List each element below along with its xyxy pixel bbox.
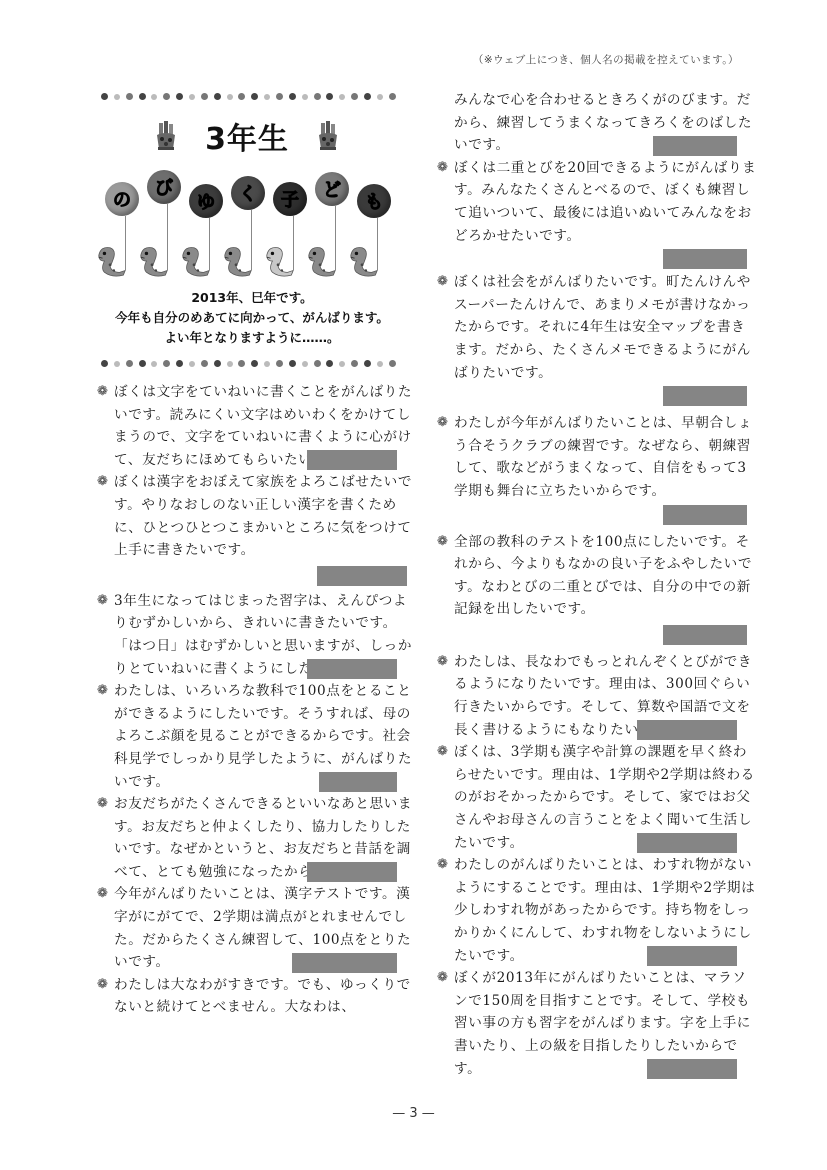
student-entry-continued: みんなで心を合わせるときろくがのびます。だから、練習してうまくなってきろくをのば… [437, 89, 757, 157]
web-notice: （※ウェブ上につき、個人名の掲載を控えています。） [473, 52, 739, 67]
flower-bullet-icon: ❁ [97, 381, 109, 404]
flower-bullet-icon: ❁ [97, 793, 109, 816]
dot-divider-top [101, 93, 396, 100]
balloon-letter: ど [315, 172, 349, 206]
student-entry: ❁ 今年がんばりたいことは、漢字テストです。漢字がにがてで、2学期は満点がとれま… [97, 883, 417, 973]
balloon-with-snake: ど [311, 168, 351, 278]
flower-bullet-icon: ❁ [437, 412, 449, 435]
redacted-name [319, 772, 397, 792]
intro-message: 2013年、巳年です。 今年も自分のめあてに向かって、がんばります。 よい年とな… [97, 288, 407, 348]
entry-text: 全部の教科のテストを100点にしたいです。それから、今よりもなかの良い子をふやし… [437, 531, 757, 621]
student-entry: ❁ ぼくが2013年にがんばりたいことは、マラソンで150周を目指すことです。そ… [437, 967, 757, 1080]
flower-bullet-icon: ❁ [437, 531, 449, 554]
balloon-letter: の [105, 182, 139, 216]
page-number: — 3 — [0, 1106, 827, 1121]
snake-icon [305, 244, 339, 278]
flower-bullet-icon: ❁ [437, 157, 449, 180]
left-column: 3年生 のびゆく子ども 2013年、巳年です。 今年も自分のめあてに向かって、が… [97, 0, 417, 1019]
right-column: みんなで心を合わせるときろくがのびます。だから、練習してうまくなってきろくをのば… [437, 89, 757, 1080]
balloon-with-snake: 子 [269, 168, 309, 278]
redacted-name [307, 862, 397, 882]
flower-bullet-icon: ❁ [97, 590, 109, 613]
student-entry: ❁ ぼくは、3学期も漢字や計算の課題を早く終わらせたいです。理由は、1学期や2学… [437, 741, 757, 854]
flower-bullet-icon: ❁ [437, 854, 449, 877]
student-entry: ❁ ぼくは漢字をおぼえて家族をよろこばせたいです。やりなおしのない正しい漢字を書… [97, 471, 417, 585]
balloon-letter: 子 [273, 182, 307, 216]
snake-icon [179, 244, 213, 278]
flower-bullet-icon: ❁ [97, 680, 109, 703]
balloon-letter: も [357, 184, 391, 218]
student-entry: ❁ 3年生になってはじまった習字は、えんぴつよりむずかしいから、きれいに書きたい… [97, 590, 417, 680]
redacted-name [637, 833, 737, 853]
student-entry: ❁ ぼくは文字をていねいに書くことをがんばりたいです。読みにくい文字はめいわくを… [97, 381, 417, 471]
redacted-name [663, 249, 747, 269]
student-entry: ❁ わたしは大なわがすきです。でも、ゆっくりでないと続けてとべません。大なわは、 [97, 974, 417, 1019]
student-entry: ❁ わたしは、いろいろな教科で100点をとることができるようにしたいです。そうす… [97, 680, 417, 793]
redacted-name [292, 953, 397, 973]
student-entry: ❁ ぼくは社会をがんばりたいです。町たんけんやスーパーたんけんで、あまりメモが書… [437, 271, 757, 406]
entry-text: わたしが今年がんばりたいことは、早朝合しょう合そうクラブの練習です。なぜなら、朝… [437, 412, 757, 502]
flower-bullet-icon: ❁ [97, 974, 109, 997]
redacted-name [307, 659, 397, 679]
student-entry: ❁ わたしが今年がんばりたいことは、早朝合しょう合そうクラブの練習です。なぜなら… [437, 412, 757, 524]
student-entry: ❁ 全部の教科のテストを100点にしたいです。それから、今よりもなかの良い子をふ… [437, 531, 757, 645]
flower-bullet-icon: ❁ [437, 741, 449, 764]
dot-divider-bottom [101, 360, 396, 367]
student-entry: ❁ ぼくは二重とびを20回できるようにがんばります。みんなたくさんとべるので、ぼ… [437, 157, 757, 269]
redacted-name [637, 720, 737, 740]
snake-icon [137, 244, 171, 278]
balloon-with-snake: の [101, 168, 141, 278]
kadomatsu-icon [317, 121, 339, 151]
intro-line: よい年となりますように……。 [97, 328, 407, 348]
page-title: 3年生 [205, 114, 289, 158]
flower-bullet-icon: ❁ [437, 967, 449, 990]
left-entries: ❁ ぼくは文字をていねいに書くことをがんばりたいです。読みにくい文字はめいわくを… [97, 381, 417, 1019]
redacted-name [663, 386, 747, 406]
balloon-with-snake: び [143, 168, 183, 278]
redacted-name [647, 946, 737, 966]
redacted-name [317, 566, 407, 586]
snake-icon [221, 244, 255, 278]
student-entry: ❁ わたしのがんばりたいことは、わすれ物がないようにすることです。理由は、1学期… [437, 854, 757, 967]
kadomatsu-icon [155, 121, 177, 151]
snake-icon [263, 244, 297, 278]
balloon-with-snake: く [227, 168, 267, 278]
student-entry: ❁ お友だちがたくさんできるといいなあと思います。お友だちと仲よくしたり、協力し… [97, 793, 417, 883]
flower-bullet-icon: ❁ [97, 883, 109, 906]
entry-text: ぼくは社会をがんばりたいです。町たんけんやスーパーたんけんで、あまりメモが書けな… [437, 271, 757, 384]
intro-line: 2013年、巳年です。 [97, 288, 407, 308]
redacted-name [307, 450, 397, 470]
flower-bullet-icon: ❁ [437, 651, 449, 674]
balloon-banner: のびゆく子ども [97, 168, 407, 278]
redacted-name [647, 1059, 737, 1079]
entry-text: わたしは大なわがすきです。でも、ゆっくりでないと続けてとべません。大なわは、 [97, 974, 417, 1019]
balloon-with-snake: ゆ [185, 168, 225, 278]
redacted-name [663, 625, 747, 645]
entry-text: ぼくは二重とびを20回できるようにがんばります。みんなたくさんとべるので、ぼくも… [437, 157, 757, 247]
snake-icon [347, 244, 381, 278]
flower-bullet-icon: ❁ [97, 471, 109, 494]
balloon-letter: ゆ [189, 184, 223, 218]
flower-bullet-icon: ❁ [437, 271, 449, 294]
intro-line: 今年も自分のめあてに向かって、がんばります。 [97, 308, 407, 328]
student-entry: ❁ わたしは、長なわでもっとれんぞくとびができるようになりたいです。理由は、30… [437, 651, 757, 741]
snake-icon [95, 244, 129, 278]
balloon-letter: く [231, 176, 265, 210]
redacted-name [663, 505, 747, 525]
entry-text: ぼくは漢字をおぼえて家族をよろこばせたいです。やりなおしのない正しい漢字を書くた… [97, 471, 417, 561]
balloon-letter: び [147, 170, 181, 204]
balloon-with-snake: も [353, 168, 393, 278]
redacted-name [653, 136, 737, 156]
